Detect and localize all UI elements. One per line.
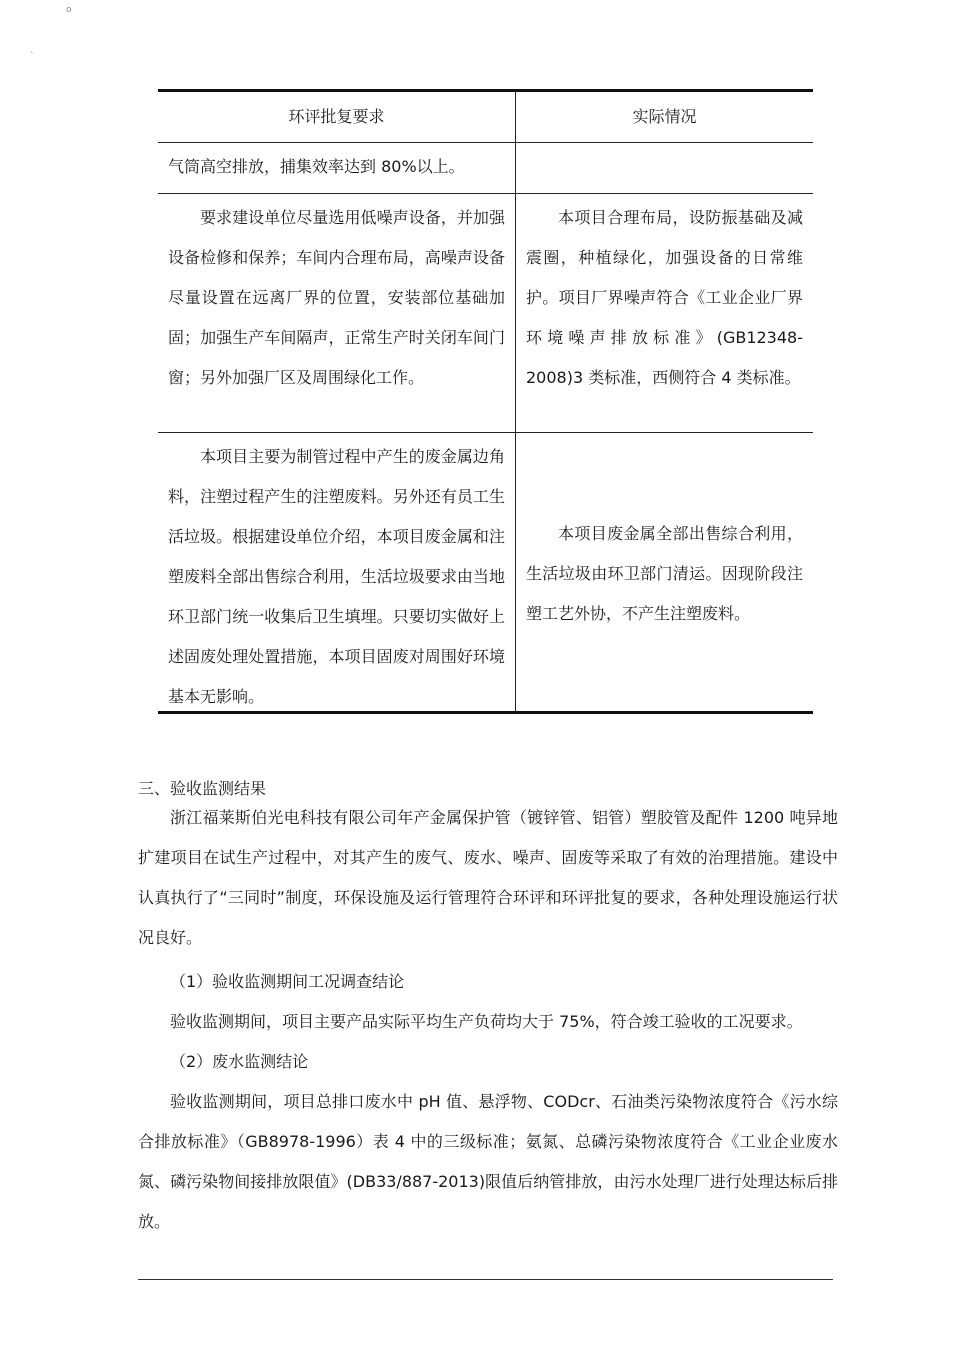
section-heading: 三、验收监测结果: [138, 778, 838, 800]
actual-text: 本项目废金属全部出售综合利用，生活垃圾由环卫部门清运。因现阶段注塑工艺外协，不产…: [526, 514, 803, 634]
table-row: 本项目主要为制管过程中产生的废金属边角料，注塑过程产生的注塑废料。另外还有员工生…: [158, 432, 813, 711]
subsection-heading-working-conditions: （1）验收监测期间工况调查结论: [138, 962, 838, 1002]
scan-speck: `: [30, 52, 35, 62]
table-header-row: 环评批复要求 实际情况: [158, 92, 813, 142]
scan-speck: o: [66, 5, 72, 15]
approval-comparison-table: 环评批复要求 实际情况 气筒高空排放，捕集效率达到 80%以上。 要求建设单位尽…: [158, 89, 813, 714]
actual-cell: 本项目废金属全部出售综合利用，生活垃圾由环卫部门清运。因现阶段注塑工艺外协，不产…: [516, 433, 813, 711]
column-header-requirement: 环评批复要求: [158, 92, 516, 142]
subsection-heading-wastewater: （2）废水监测结论: [138, 1042, 838, 1082]
table-row: 气筒高空排放，捕集效率达到 80%以上。: [158, 142, 813, 193]
requirement-cell: 气筒高空排放，捕集效率达到 80%以上。: [158, 143, 516, 193]
actual-cell: 本项目合理布局，设防振基础及减震圈，种植绿化，加强设备的日常维护。项目厂界噪声符…: [516, 194, 813, 432]
requirement-text: 本项目主要为制管过程中产生的废金属边角料，注塑过程产生的注塑废料。另外还有员工生…: [168, 437, 505, 717]
requirement-text: 要求建设单位尽量选用低噪声设备，并加强设备检修和保养；车间内合理布局，高噪声设备…: [168, 198, 505, 398]
actual-text: 本项目合理布局，设防振基础及减震圈，种植绿化，加强设备的日常维护。项目厂界噪声符…: [526, 198, 803, 398]
section-intro-paragraph: 浙江福莱斯伯光电科技有限公司年产金属保护管（镀锌管、铝管）塑胶管及配件 1200…: [138, 798, 838, 958]
section-acceptance-results: 三、验收监测结果 浙江福莱斯伯光电科技有限公司年产金属保护管（镀锌管、铝管）塑胶…: [138, 778, 838, 1242]
column-header-actual: 实际情况: [516, 92, 813, 142]
requirement-cell: 本项目主要为制管过程中产生的废金属边角料，注塑过程产生的注塑废料。另外还有员工生…: [158, 433, 516, 711]
page-bottom-divider: [138, 1279, 833, 1280]
requirement-text: 气筒高空排放，捕集效率达到 80%以上。: [168, 143, 505, 191]
table-row: 要求建设单位尽量选用低噪声设备，并加强设备检修和保养；车间内合理布局，高噪声设备…: [158, 193, 813, 432]
requirement-cell: 要求建设单位尽量选用低噪声设备，并加强设备检修和保养；车间内合理布局，高噪声设备…: [158, 194, 516, 432]
working-conditions-paragraph: 验收监测期间，项目主要产品实际平均生产负荷均大于 75%，符合竣工验收的工况要求…: [138, 1002, 838, 1042]
actual-cell: [516, 143, 813, 193]
wastewater-paragraph: 验收监测期间，项目总排口废水中 pH 值、悬浮物、CODcr、石油类污染物浓度符…: [138, 1082, 838, 1242]
